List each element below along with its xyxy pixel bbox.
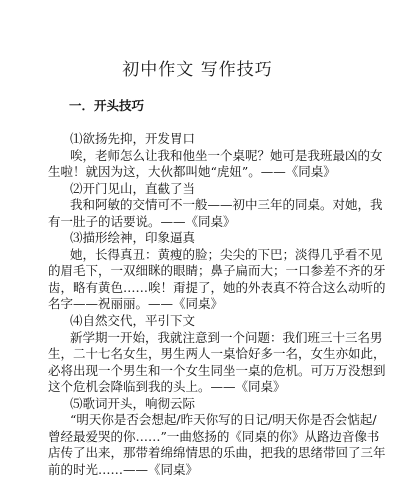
paragraph-line: 必将出现一个男生和一个女生同坐一桌的危机。可万万没想到 xyxy=(48,363,373,380)
paragraph-line: 有一肚子的话要说。——《同桌》 xyxy=(48,214,373,231)
paragraph-line: 前的时光……——《同桌》 xyxy=(48,462,373,479)
subheading-4: ⑷自然交代，平引下文 xyxy=(48,313,373,330)
subheading-1: ⑴欲扬先抑，开发胃口 xyxy=(48,131,373,148)
paragraph-line: 的眉毛下，一双细眯的眼睛；鼻子扁而大；一口参差不齐的牙 xyxy=(48,263,373,280)
paragraph-line: 名字——祝丽丽。——《同桌》 xyxy=(48,296,373,313)
paragraph-line: 店传了出来，那带着绵绵情思的乐曲，把我的思绪带回了三年 xyxy=(48,445,373,462)
paragraph-line: 生啦！就因为这，大伙都叫她“虎妞”。——《同桌》 xyxy=(48,164,373,181)
document-title: 初中作文 写作技巧 xyxy=(0,55,395,80)
subheading-3: ⑶描形绘神，印象逼真 xyxy=(48,230,373,247)
paragraph-line: 我和阿敏的交情可不一般——初中三年的同桌。对她，我 xyxy=(48,197,373,214)
paragraph-line: 齿，略有黄色……唉！甭提了，她的外表真不符合这么动听的 xyxy=(48,280,373,297)
paragraph-line: 曾经最爱哭的你……”一曲悠扬的《同桌的你》从路边音像书 xyxy=(48,429,373,446)
paragraph-line: 新学期一开始，我就注意到一个问题：我们班三十三名男 xyxy=(48,330,373,347)
paragraph-line: 生，二十七名女生，男生两人一桌恰好多一名，女生亦如此， xyxy=(48,346,373,363)
section-heading: 一．开头技巧 xyxy=(69,96,144,114)
paragraph-line: 这个危机会降临到我的头上。——《同桌》 xyxy=(48,379,373,396)
subheading-5: ⑸歌词开头，响彻云际 xyxy=(48,396,373,413)
document-body: ⑴欲扬先抑，开发胃口 唉，老师怎么让我和他坐一个桌呢？她可是我班最凶的女 生啦！… xyxy=(48,131,373,478)
subheading-2: ⑵开门见山，直截了当 xyxy=(48,181,373,198)
paragraph-line: “明天你是否会想起/昨天你写的日记/明天你是否会惦起/ xyxy=(48,412,373,429)
paragraph-line: 唉，老师怎么让我和他坐一个桌呢？她可是我班最凶的女 xyxy=(48,148,373,165)
paragraph-line: 她，长得真丑：黄瘦的脸；尖尖的下巴；淡得几乎看不见 xyxy=(48,247,373,264)
